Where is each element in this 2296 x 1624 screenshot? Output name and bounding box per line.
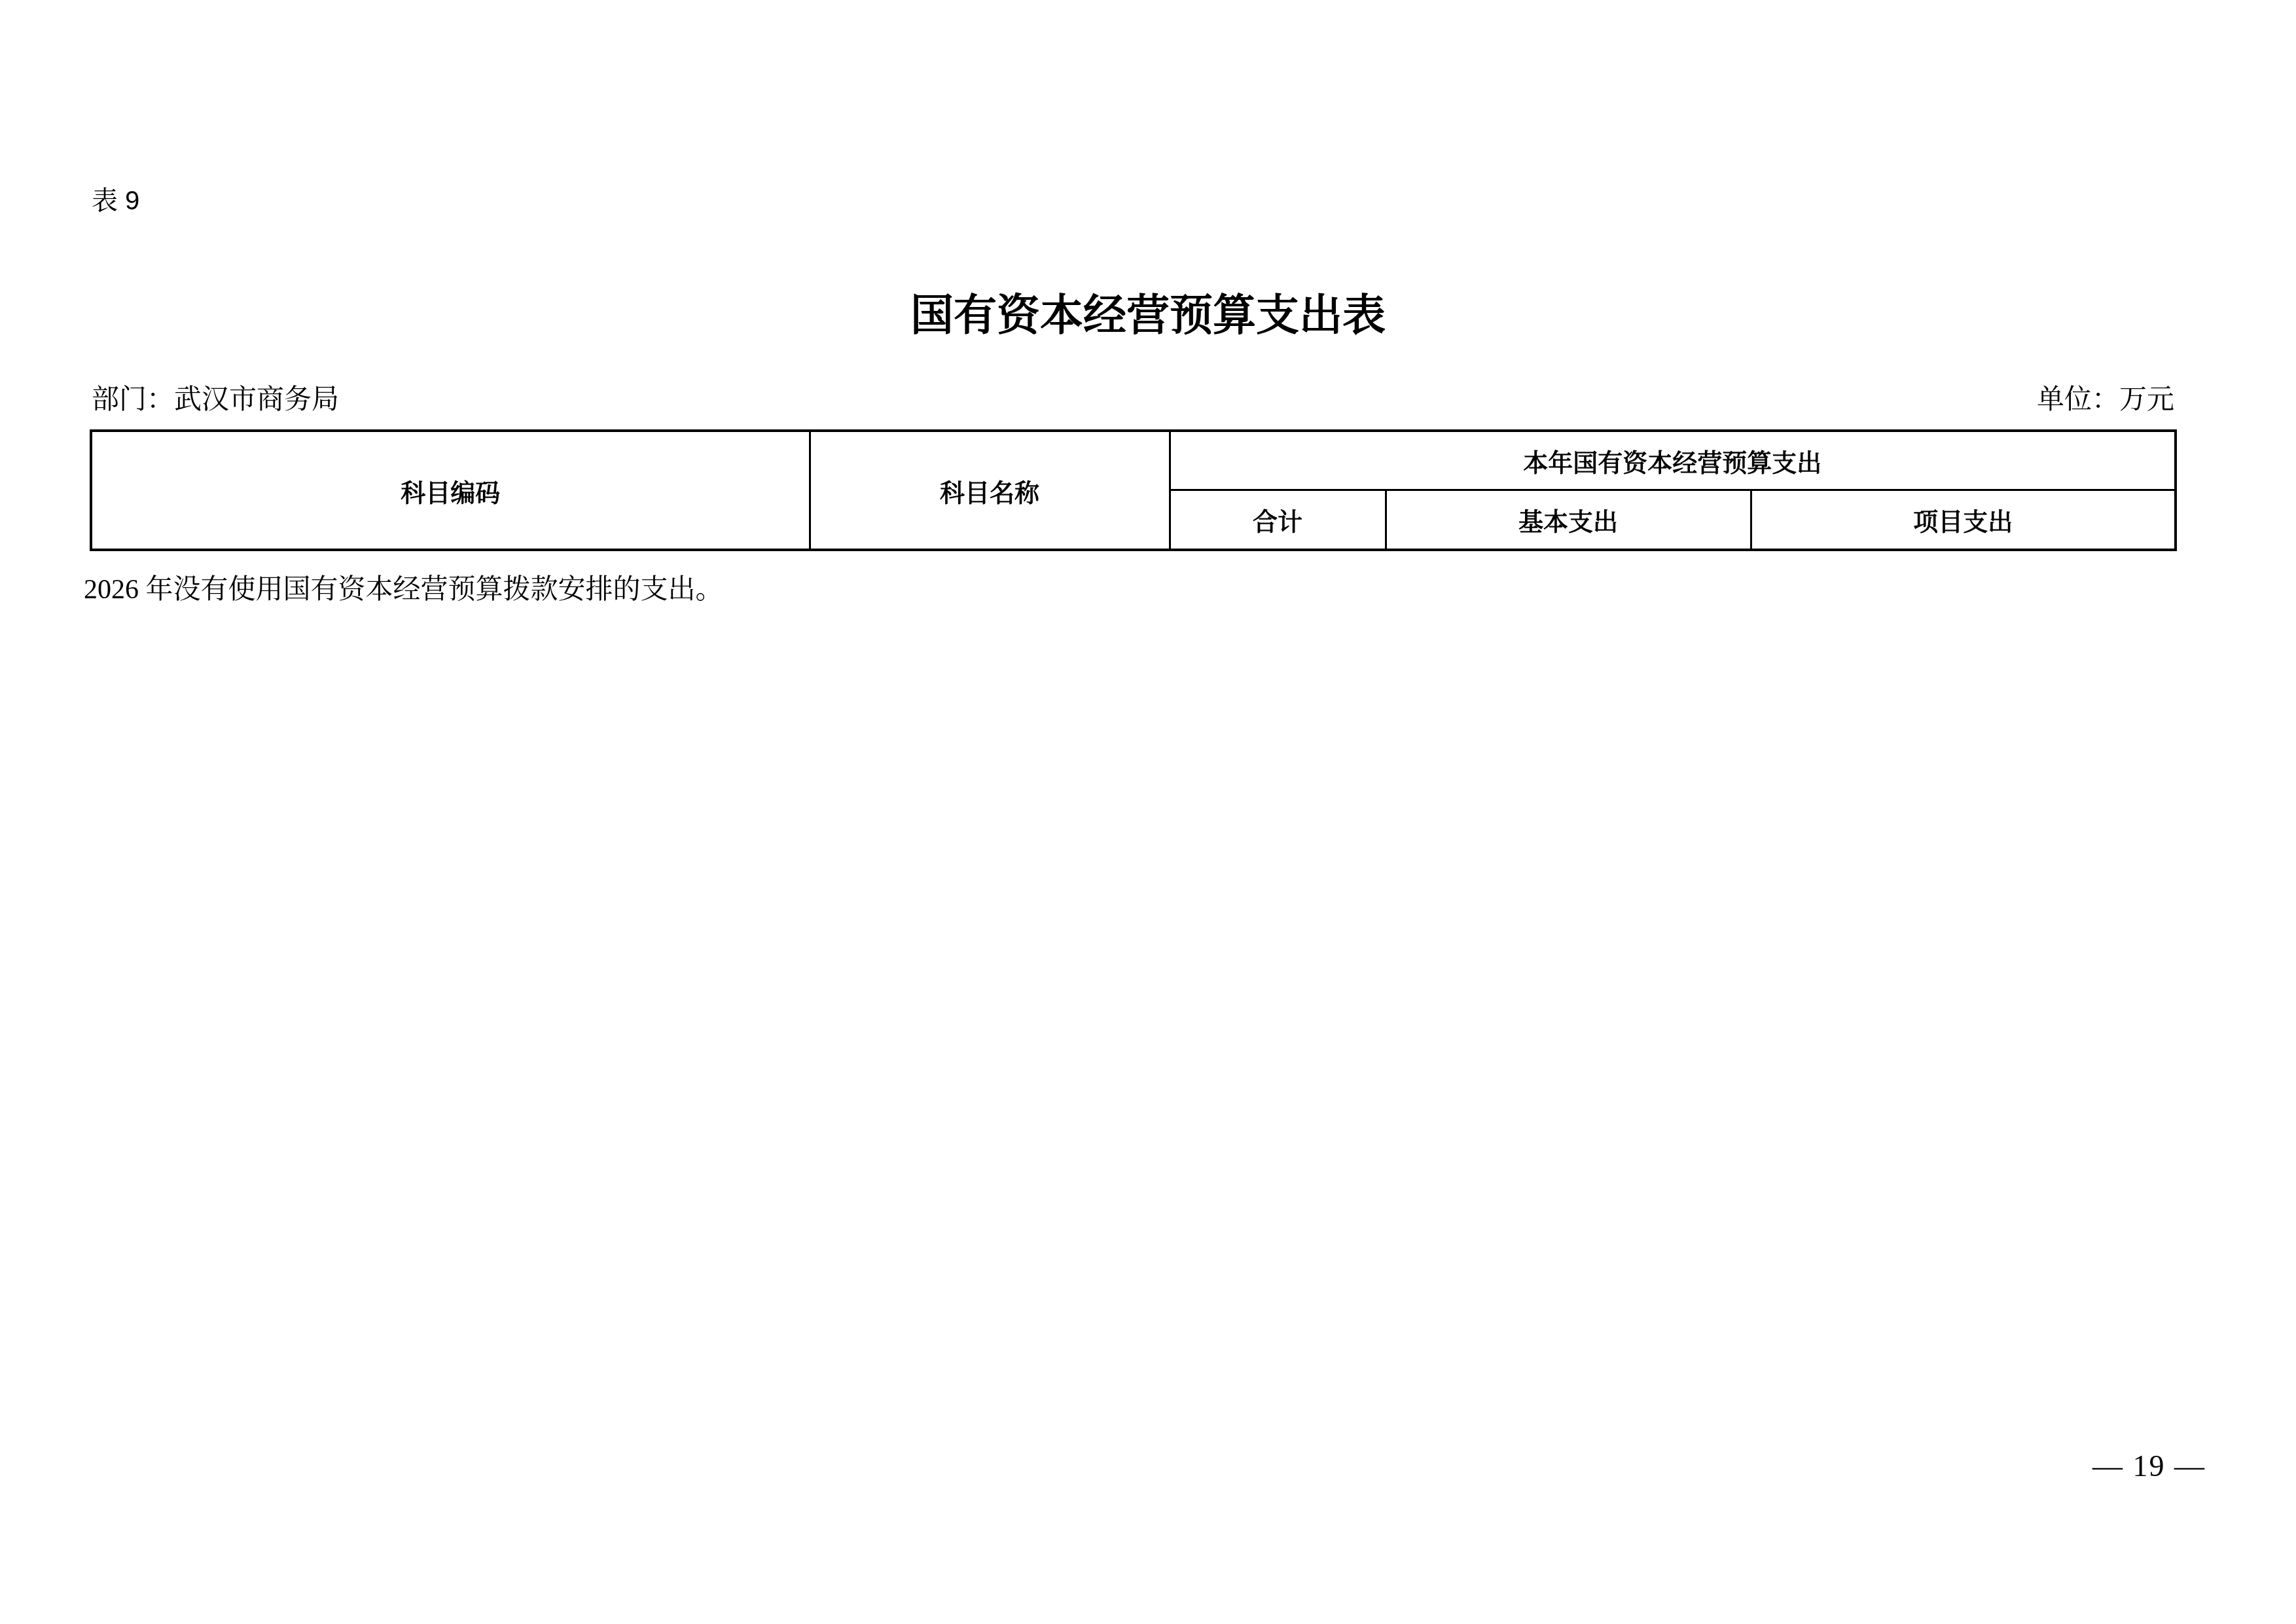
unit-label: 单位：万元 [2037, 384, 2174, 416]
document-title: 国有资本经营预算支出表 [0, 289, 2296, 341]
note-text: 2026 年没有使用国有资本经营预算拨款安排的支出。 [84, 573, 723, 606]
table-header-row-1: 科目编码 科目名称 本年国有资本经营预算支出 [91, 431, 2176, 490]
col-header-basic-expenditure: 基本支出 [1386, 490, 1751, 550]
col-header-subject-code: 科目编码 [91, 431, 810, 550]
col-header-current-year-group: 本年国有资本经营预算支出 [1170, 431, 2176, 490]
table-number-label: 表 9 [92, 185, 139, 217]
page-number: — 19 — [2092, 1448, 2206, 1484]
table-meta-row: 部门：武汉市商务局 单位：万元 [92, 384, 2174, 416]
col-header-total: 合计 [1170, 490, 1386, 550]
document-page: 表 9 国有资本经营预算支出表 部门：武汉市商务局 单位：万元 科目编码 科目名… [0, 0, 2296, 1624]
department-label: 部门：武汉市商务局 [92, 384, 339, 416]
col-header-project-expenditure: 项目支出 [1751, 490, 2176, 550]
budget-table: 科目编码 科目名称 本年国有资本经营预算支出 合计 基本支出 项目支出 [90, 429, 2177, 551]
col-header-subject-name: 科目名称 [810, 431, 1170, 550]
